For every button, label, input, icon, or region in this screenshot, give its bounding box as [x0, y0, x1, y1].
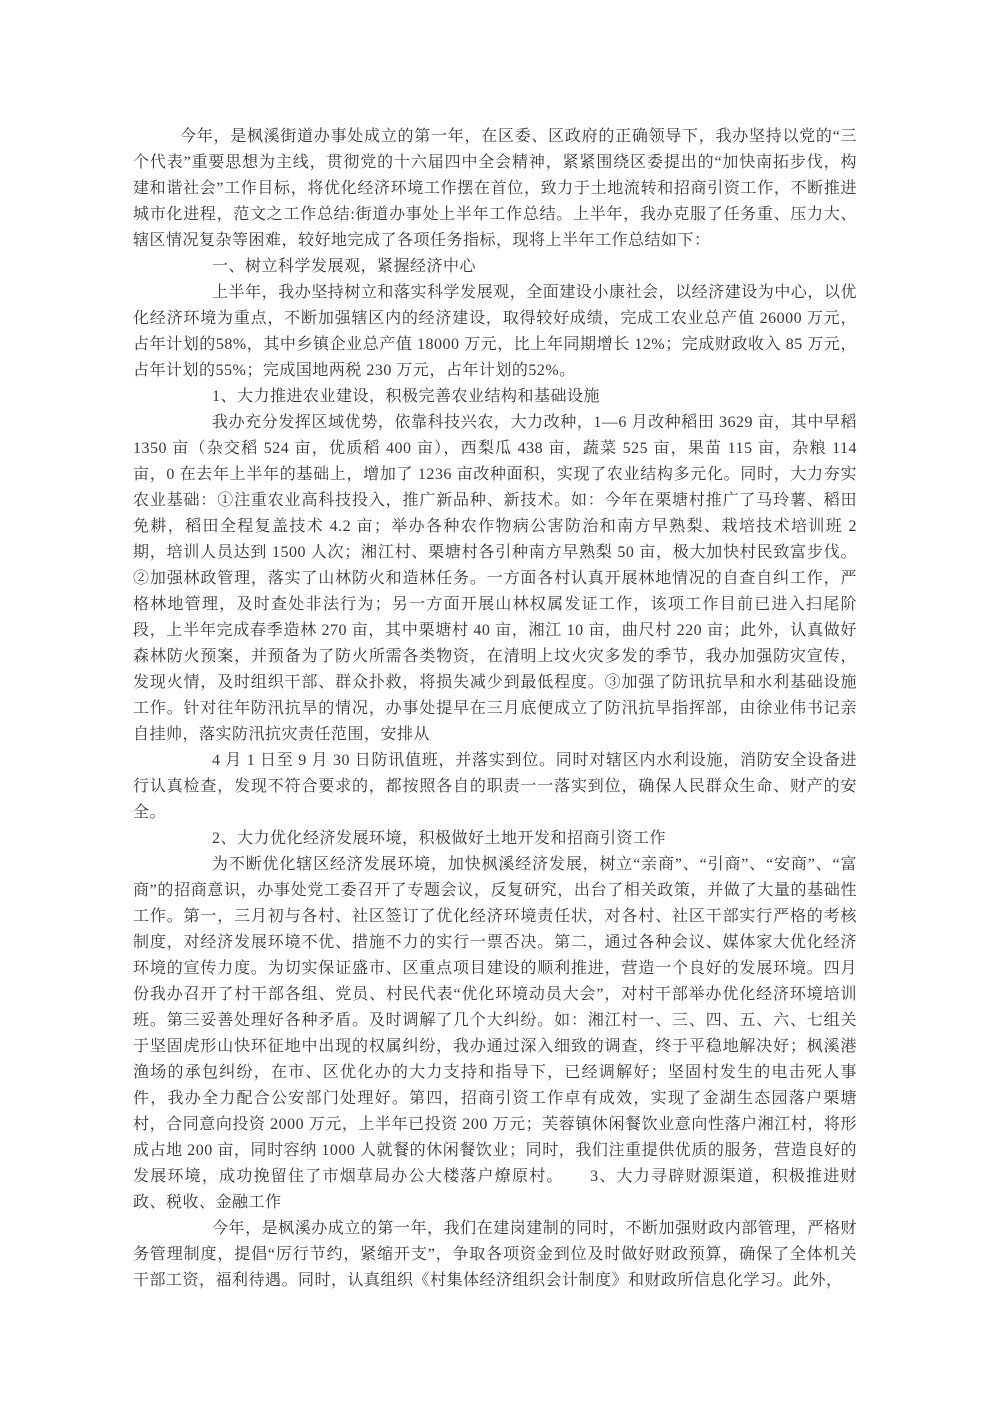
subsection-heading-environment: 2、大力优化经济发展环境，积极做好土地开发和招商引资工作	[133, 826, 857, 852]
document-text-block: 今年，是枫溪街道办事处成立的第一年，在区委、区政府的正确领导下，我办坚持以党的“…	[133, 124, 857, 1294]
paragraph-agriculture-detail: 我办充分发挥区域优势，依靠科技兴农，大力改种，1—6 月改种稻田 3629 亩，…	[133, 410, 857, 748]
intro-paragraph: 今年，是枫溪街道办事处成立的第一年，在区委、区政府的正确领导下，我办坚持以党的“…	[133, 124, 857, 254]
paragraph-flood-duty: 4 月 1 日至 9 月 30 日防讯值班，并落实到位。同时对辖区内水利设施，消…	[133, 748, 857, 826]
paragraph-investment-detail: 为不断优化辖区经济发展环境，加快枫溪经济发展，树立“亲商”、“引商”、“安商”、…	[133, 852, 857, 1216]
paragraph-finance-detail: 今年，是枫溪办成立的第一年，我们在建岗建制的同时，不断加强财政内部管理，严格财务…	[133, 1216, 857, 1294]
subsection-heading-agriculture: 1、大力推进农业建设，积极完善农业结构和基础设施	[133, 384, 857, 410]
paragraph-economy-overview: 上半年，我办坚持树立和落实科学发展观，全面建设小康社会，以经济建设为中心，以优化…	[133, 280, 857, 384]
section-heading-1: 一、树立科学发展观，紧握经济中心	[133, 254, 857, 280]
document-page: 今年，是枫溪街道办事处成立的第一年，在区委、区政府的正确领导下，我办坚持以党的“…	[0, 0, 1000, 1415]
